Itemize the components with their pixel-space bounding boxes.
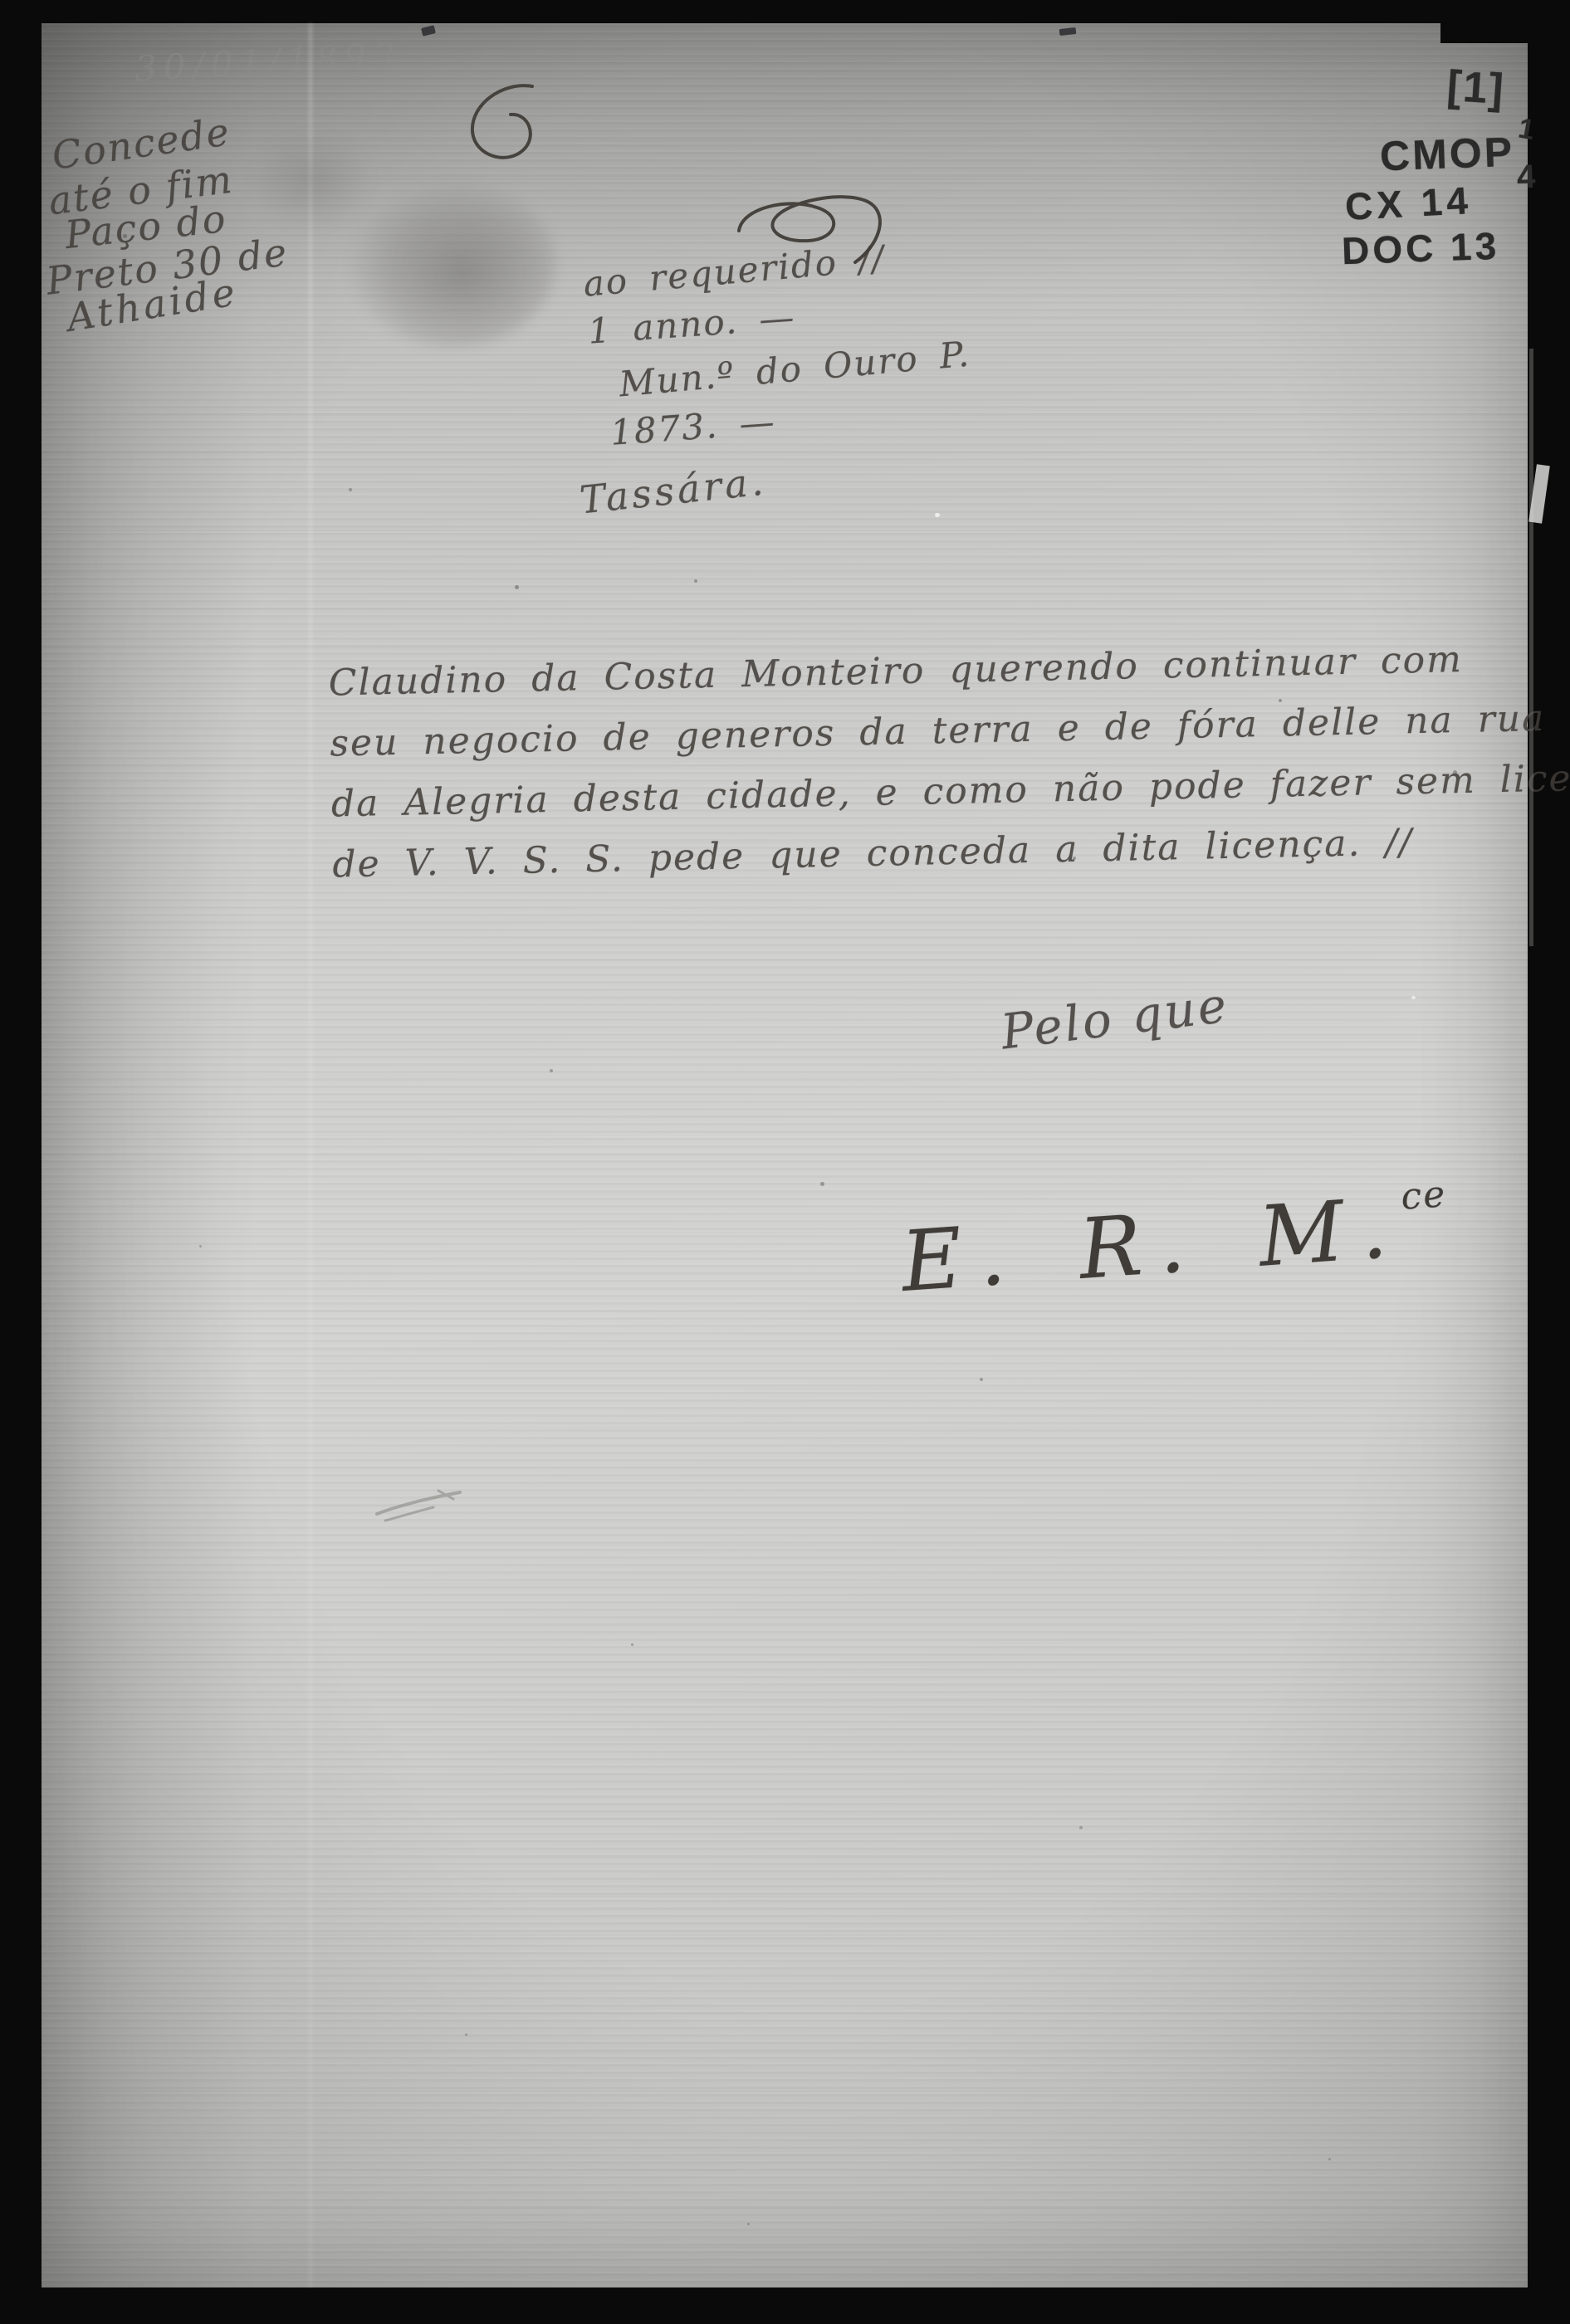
paper-speck: [1079, 1826, 1083, 1829]
archive-doc-number: DOC 13: [1341, 223, 1500, 274]
center-despatch-line: 1873. —: [609, 401, 778, 453]
paper-speck: [465, 2033, 467, 2036]
paper-speck: [631, 1643, 633, 1646]
paper-speck: [1328, 2158, 1331, 2160]
ink-smudge: [249, 131, 374, 231]
paper-speck: [1411, 996, 1416, 999]
archive-fond-denominator: 4: [1516, 159, 1538, 197]
paper-speck: [747, 2223, 750, 2225]
archive-fond-numerator: 1: [1516, 113, 1539, 148]
ink-smudge: [349, 181, 556, 347]
paper-speck: [820, 1182, 824, 1186]
archive-box-number: CX 14: [1344, 178, 1473, 229]
paper-speck: [515, 585, 519, 589]
closing-formula-superscript: ce: [1400, 1173, 1448, 1218]
archive-fond-text: CMOP: [1379, 129, 1515, 180]
document-page: 30/01/1893 Concede até o fim Paço do Pre…: [42, 23, 1528, 2287]
scan-corner-notch: [1440, 0, 1570, 43]
pencil-scribble: [374, 1486, 465, 1527]
paper-speck: [935, 513, 940, 517]
paper-speck: [550, 1069, 553, 1072]
paper-speck: [694, 579, 697, 583]
archive-fond-code: CMOP14: [1379, 127, 1540, 181]
archive-page-number: [1]: [1445, 61, 1507, 115]
archive-fond-fraction: 14: [1514, 127, 1540, 169]
closing-formula: E. R. M.ce: [898, 1173, 1452, 1311]
paper-speck: [349, 488, 352, 491]
paper-speck: [199, 1245, 202, 1247]
paper-crease: [309, 23, 312, 2287]
scan-background: 30/01/1893 Concede até o fim Paço do Pre…: [0, 0, 1570, 2324]
closing-phrase: Pelo que: [998, 976, 1232, 1060]
pencil-date: 30/01/1893: [134, 35, 403, 90]
ink-flourish-top: [452, 80, 552, 188]
center-signature: Tassára.: [578, 458, 769, 522]
closing-formula-text: E. R. M.: [898, 1179, 1406, 1311]
center-despatch-line: 1 anno. —: [587, 296, 797, 351]
edge-ink-tick: [421, 25, 436, 37]
edge-ink-tick: [1059, 27, 1077, 36]
petition-body: Claudino da Costa Monteiro querendo cont…: [328, 625, 1570, 895]
adjacent-page-edge: [1529, 349, 1533, 946]
paper-speck: [980, 1378, 983, 1381]
